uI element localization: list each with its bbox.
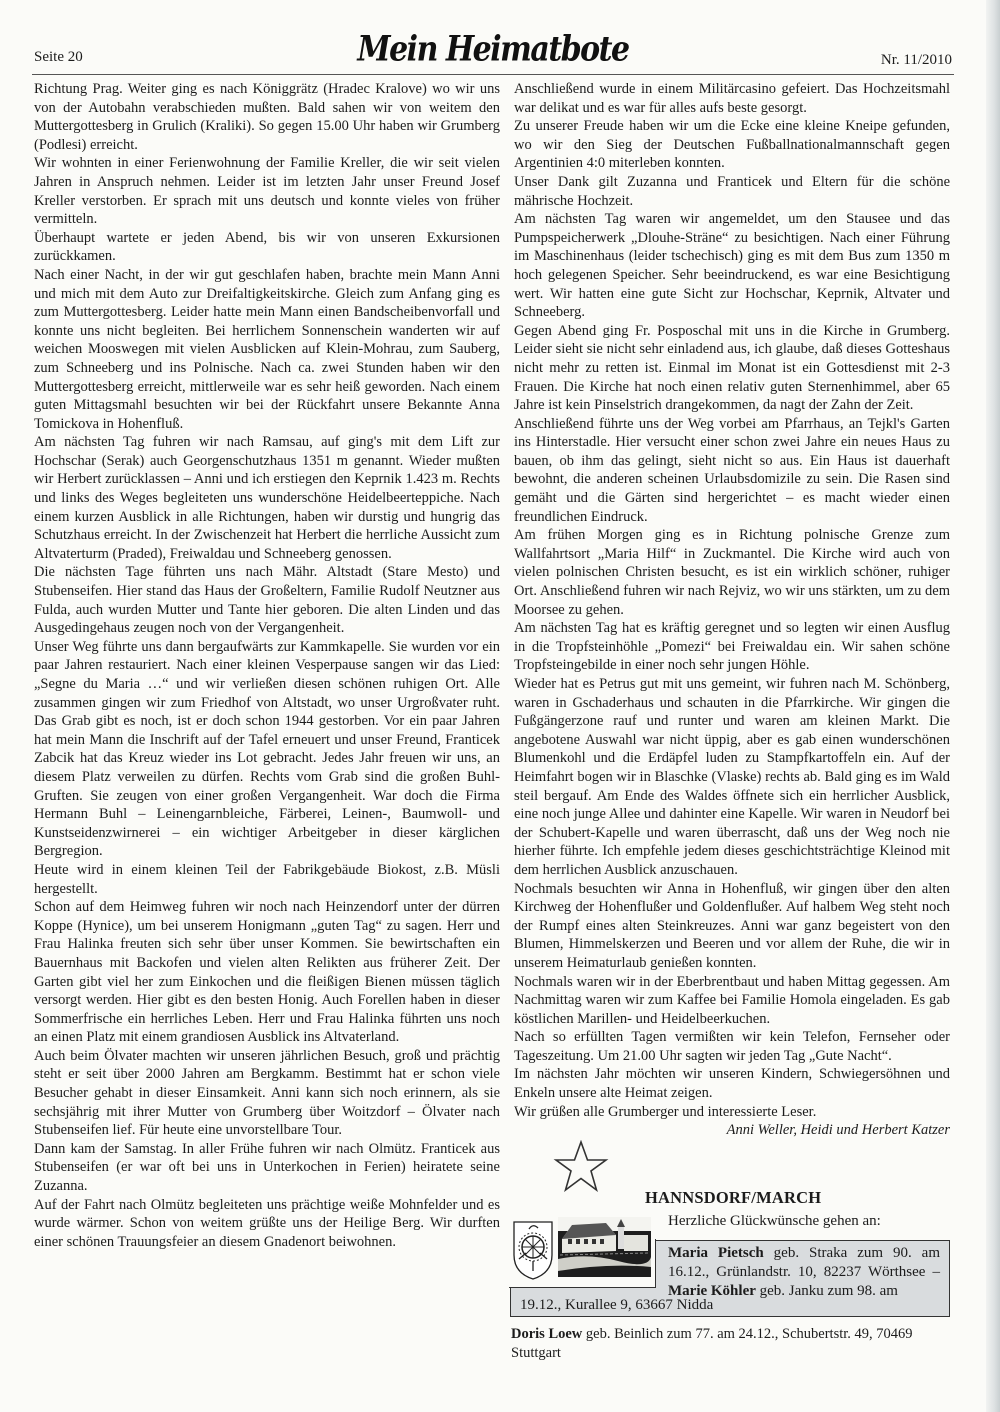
paragraph: Richtung Prag. Weiter ging es nach König… (34, 80, 500, 154)
person-name: Maria Pietsch (668, 1245, 764, 1261)
paragraph: Nochmals besuchten wir Anna in Hohenfluß… (514, 880, 950, 973)
page-header: Seite 20 Mein Heimatbote Nr. 11/2010 (32, 30, 954, 75)
paragraph: Anschließend wurde in einem Militärcasin… (514, 80, 950, 117)
star-outline-icon (553, 1140, 609, 1192)
greeting-entries: Maria Pietsch geb. Straka zum 90. am 16.… (668, 1244, 940, 1301)
separator-dash: – (933, 1264, 941, 1280)
paragraph: Wir grüßen alle Grumberger und interessi… (514, 1103, 950, 1122)
paragraph: Nach so erfüllten Tagen vermißten wir ke… (514, 1028, 950, 1065)
right-column: Anschließend wurde in einem Militärcasin… (514, 80, 950, 1140)
paragraph: Die nächsten Tage führten uns nach Mähr.… (34, 563, 500, 637)
paragraph: Am frühen Morgen ging es in Richtung pol… (514, 526, 950, 619)
paragraph: Nach einer Nacht, in der wir gut geschla… (34, 266, 500, 433)
paragraph: Dann kam der Samstag. In aller Frühe fuh… (34, 1140, 500, 1196)
paragraph: Auch beim Ölvater machten wir unseren jä… (34, 1047, 500, 1140)
article-signature: Anni Weller, Heidi und Herbert Katzer (514, 1121, 950, 1140)
paragraph: Zu unserer Freude haben wir um die Ecke … (514, 117, 950, 173)
paragraph: Anschließend führte uns der Weg vorbei a… (514, 415, 950, 527)
person-name: Doris Loew (511, 1326, 582, 1342)
paragraph: Am nächsten Tag hat es kräftig geregnet … (514, 619, 950, 675)
paragraph: Wieder hat es Petrus gut mit uns gemeint… (514, 675, 950, 880)
greeting-entry: Doris Loew geb. Beinlich zum 77. am 24.1… (511, 1325, 951, 1362)
greeting-intro: Herzliche Glückwünsche gehen an: (668, 1213, 881, 1230)
paragraph: Schon auf dem Heimweg fuhren wir noch na… (34, 898, 500, 1047)
paragraph: Nochmals waren wir in der Eberbrentbaut … (514, 973, 950, 1029)
left-column: Richtung Prag. Weiter ging es nach König… (34, 80, 500, 1251)
paragraph: Am nächsten Tag waren wir angemeldet, um… (514, 210, 950, 322)
issue-number: Nr. 11/2010 (881, 52, 952, 69)
paragraph: Heute wird in einem kleinen Teil der Fab… (34, 861, 500, 898)
coat-of-arms-icon (511, 1219, 555, 1281)
paragraph: Gegen Abend ging Fr. Posposchal mit uns … (514, 322, 950, 415)
masthead-logo: Mein Heimatbote (357, 29, 628, 69)
paragraph: Auf der Fahrt nach Olmütz begleiteten un… (34, 1196, 500, 1252)
paragraph: Am nächsten Tag fuhren wir nach Ramsau, … (34, 433, 500, 563)
paragraph: Wir wohnten in einer Ferienwohnung der F… (34, 154, 500, 228)
paragraph: Im nächsten Jahr möchten wir unseren Kin… (514, 1065, 950, 1102)
page-edge-shadow (986, 0, 1000, 1412)
paragraph: Unser Weg führte uns dann bergaufwärts z… (34, 638, 500, 861)
paragraph: Unser Dank gilt Zuzanna und Franticek un… (514, 173, 950, 210)
greeting-continuation: 19.12., Kurallee 9, 63667 Nidda (520, 1297, 713, 1314)
greeting-detail: geb. Janku zum 98. am (756, 1283, 898, 1299)
paragraph: Überhaupt wartete er jeden Abend, bis wi… (34, 229, 500, 266)
section-title: HANNSDORF/MARCH (645, 1188, 821, 1208)
page-number: Seite 20 (34, 49, 83, 66)
town-illustration (558, 1217, 651, 1277)
